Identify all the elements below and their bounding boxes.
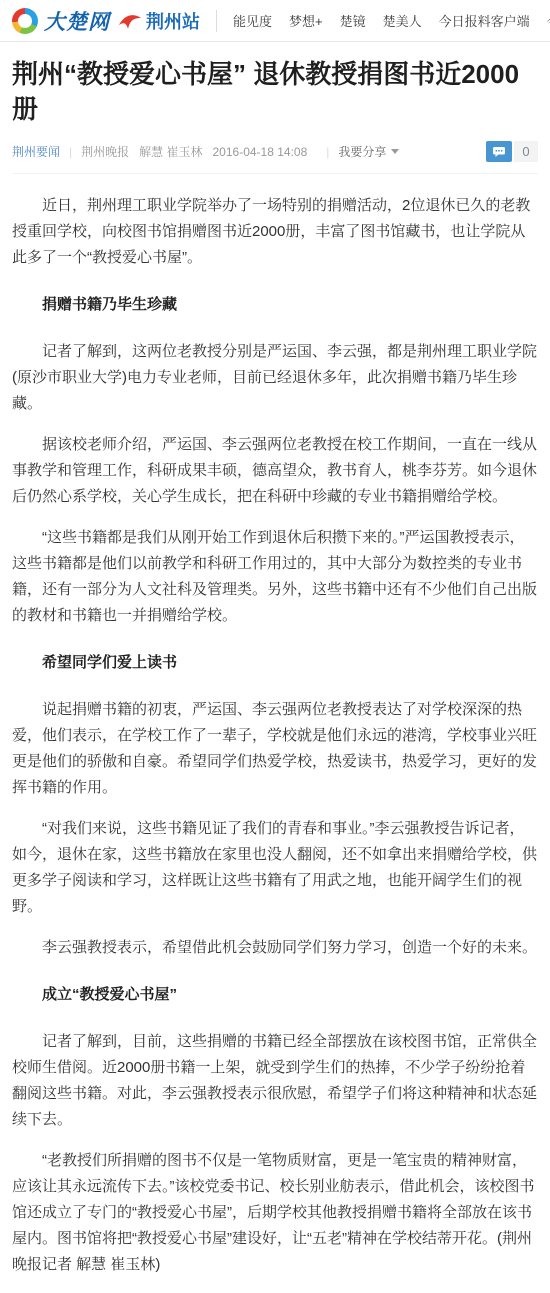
paragraph: 记者了解到，这两位老教授分别是严运国、李云强，都是荆州理工职业学院(原沙市职业大… — [12, 339, 538, 417]
site-name: 大楚网 — [44, 6, 110, 36]
article-meta-row: 荆州要闻 | 荆州晚报 解慧 崔玉林 2016-04-18 14:08 | 我要… — [12, 136, 538, 174]
red-swoosh-icon — [118, 12, 142, 30]
nav-item-jinribaoliao[interactable]: 今日报料 — [547, 11, 550, 30]
station-name: 荆州站 — [146, 8, 200, 34]
comment-button[interactable] — [486, 141, 512, 162]
section-heading: 捐赠书籍乃毕生珍藏 — [12, 292, 538, 318]
chevron-down-icon — [391, 149, 399, 154]
article-source: 荆州晚报 — [81, 143, 129, 160]
nav-item-baoliao-app[interactable]: 今日报料客户端 — [439, 11, 530, 30]
comment-widget: 0 — [486, 141, 538, 162]
paragraph: 据该校老师介绍，严运国、李云强两位老教授在校工作期间，一直在一线从事教学和管理工… — [12, 432, 538, 510]
nav-item-mengxiang[interactable]: 梦想+ — [289, 11, 323, 30]
paragraph: “老教授们所捐赠的图书不仅是一笔物质财富，更是一笔宝贵的精神财富，应该让其永远流… — [12, 1148, 538, 1278]
nav-item-chumeiren[interactable]: 楚美人 — [383, 11, 422, 30]
category-link[interactable]: 荆州要闻 — [12, 143, 60, 160]
comment-count[interactable]: 0 — [514, 141, 538, 162]
article-authors: 解慧 崔玉林 — [139, 143, 202, 160]
section-heading: 成立“教授爱心书屋” — [12, 982, 538, 1008]
paragraph: “对我们来说，这些书籍见证了我们的青春和事业。”李云强教授告诉记者，如今，退休在… — [12, 816, 538, 920]
paragraph: 记者了解到，目前，这些捐赠的书籍已经全部摆放在该校图书馆，正常供全校师生借阅。近… — [12, 1029, 538, 1133]
article-title: 荆州“教授爱心书屋” 退休教授捐图书近2000册 — [12, 57, 538, 127]
site-header: 大楚网 荆州站 能见度 梦想+ 楚镜 楚美人 今日报料客户端 今日报料 财知道 … — [0, 0, 550, 42]
section-heading: 希望同学们爱上读书 — [12, 650, 538, 676]
site-logo[interactable]: 大楚网 荆州站 — [12, 6, 200, 36]
article-body: 近日，荆州理工职业学院举办了一场特别的捐赠活动，2位退休已久的老教授重回学校，向… — [12, 174, 538, 1278]
paragraph: 近日，荆州理工职业学院举办了一场特别的捐赠活动，2位退休已久的老教授重回学校，向… — [12, 193, 538, 271]
header-divider — [216, 10, 217, 32]
meta-separator: | — [69, 145, 72, 159]
header-nav: 能见度 梦想+ 楚镜 楚美人 今日报料客户端 今日报料 财知道 大 — [233, 7, 550, 34]
nav-item-nengjiandu[interactable]: 能见度 — [233, 11, 272, 30]
station-logo: 荆州站 — [118, 8, 200, 34]
paragraph: 说起捐赠书籍的初衷，严运国、李云强两位老教授表达了对学校深深的热爱，他们表示，在… — [12, 697, 538, 801]
paragraph: “这些书籍都是我们从刚开始工作到退休后积攒下来的。”严运国教授表示，这些书籍都是… — [12, 525, 538, 629]
paragraph: 李云强教授表示，希望借此机会鼓励同学们努力学习，创造一个好的未来。 — [12, 935, 538, 961]
meta-separator: | — [326, 145, 329, 159]
share-label: 我要分享 — [338, 143, 386, 160]
comment-bubble-icon — [492, 146, 506, 158]
nav-item-chujing[interactable]: 楚镜 — [340, 11, 366, 30]
dachu-globe-icon — [12, 8, 38, 34]
article: 荆州“教授爱心书屋” 退休教授捐图书近2000册 荆州要闻 | 荆州晚报 解慧 … — [0, 57, 550, 1278]
share-button[interactable]: 我要分享 — [338, 143, 399, 160]
article-datetime: 2016-04-18 14:08 — [213, 145, 308, 159]
